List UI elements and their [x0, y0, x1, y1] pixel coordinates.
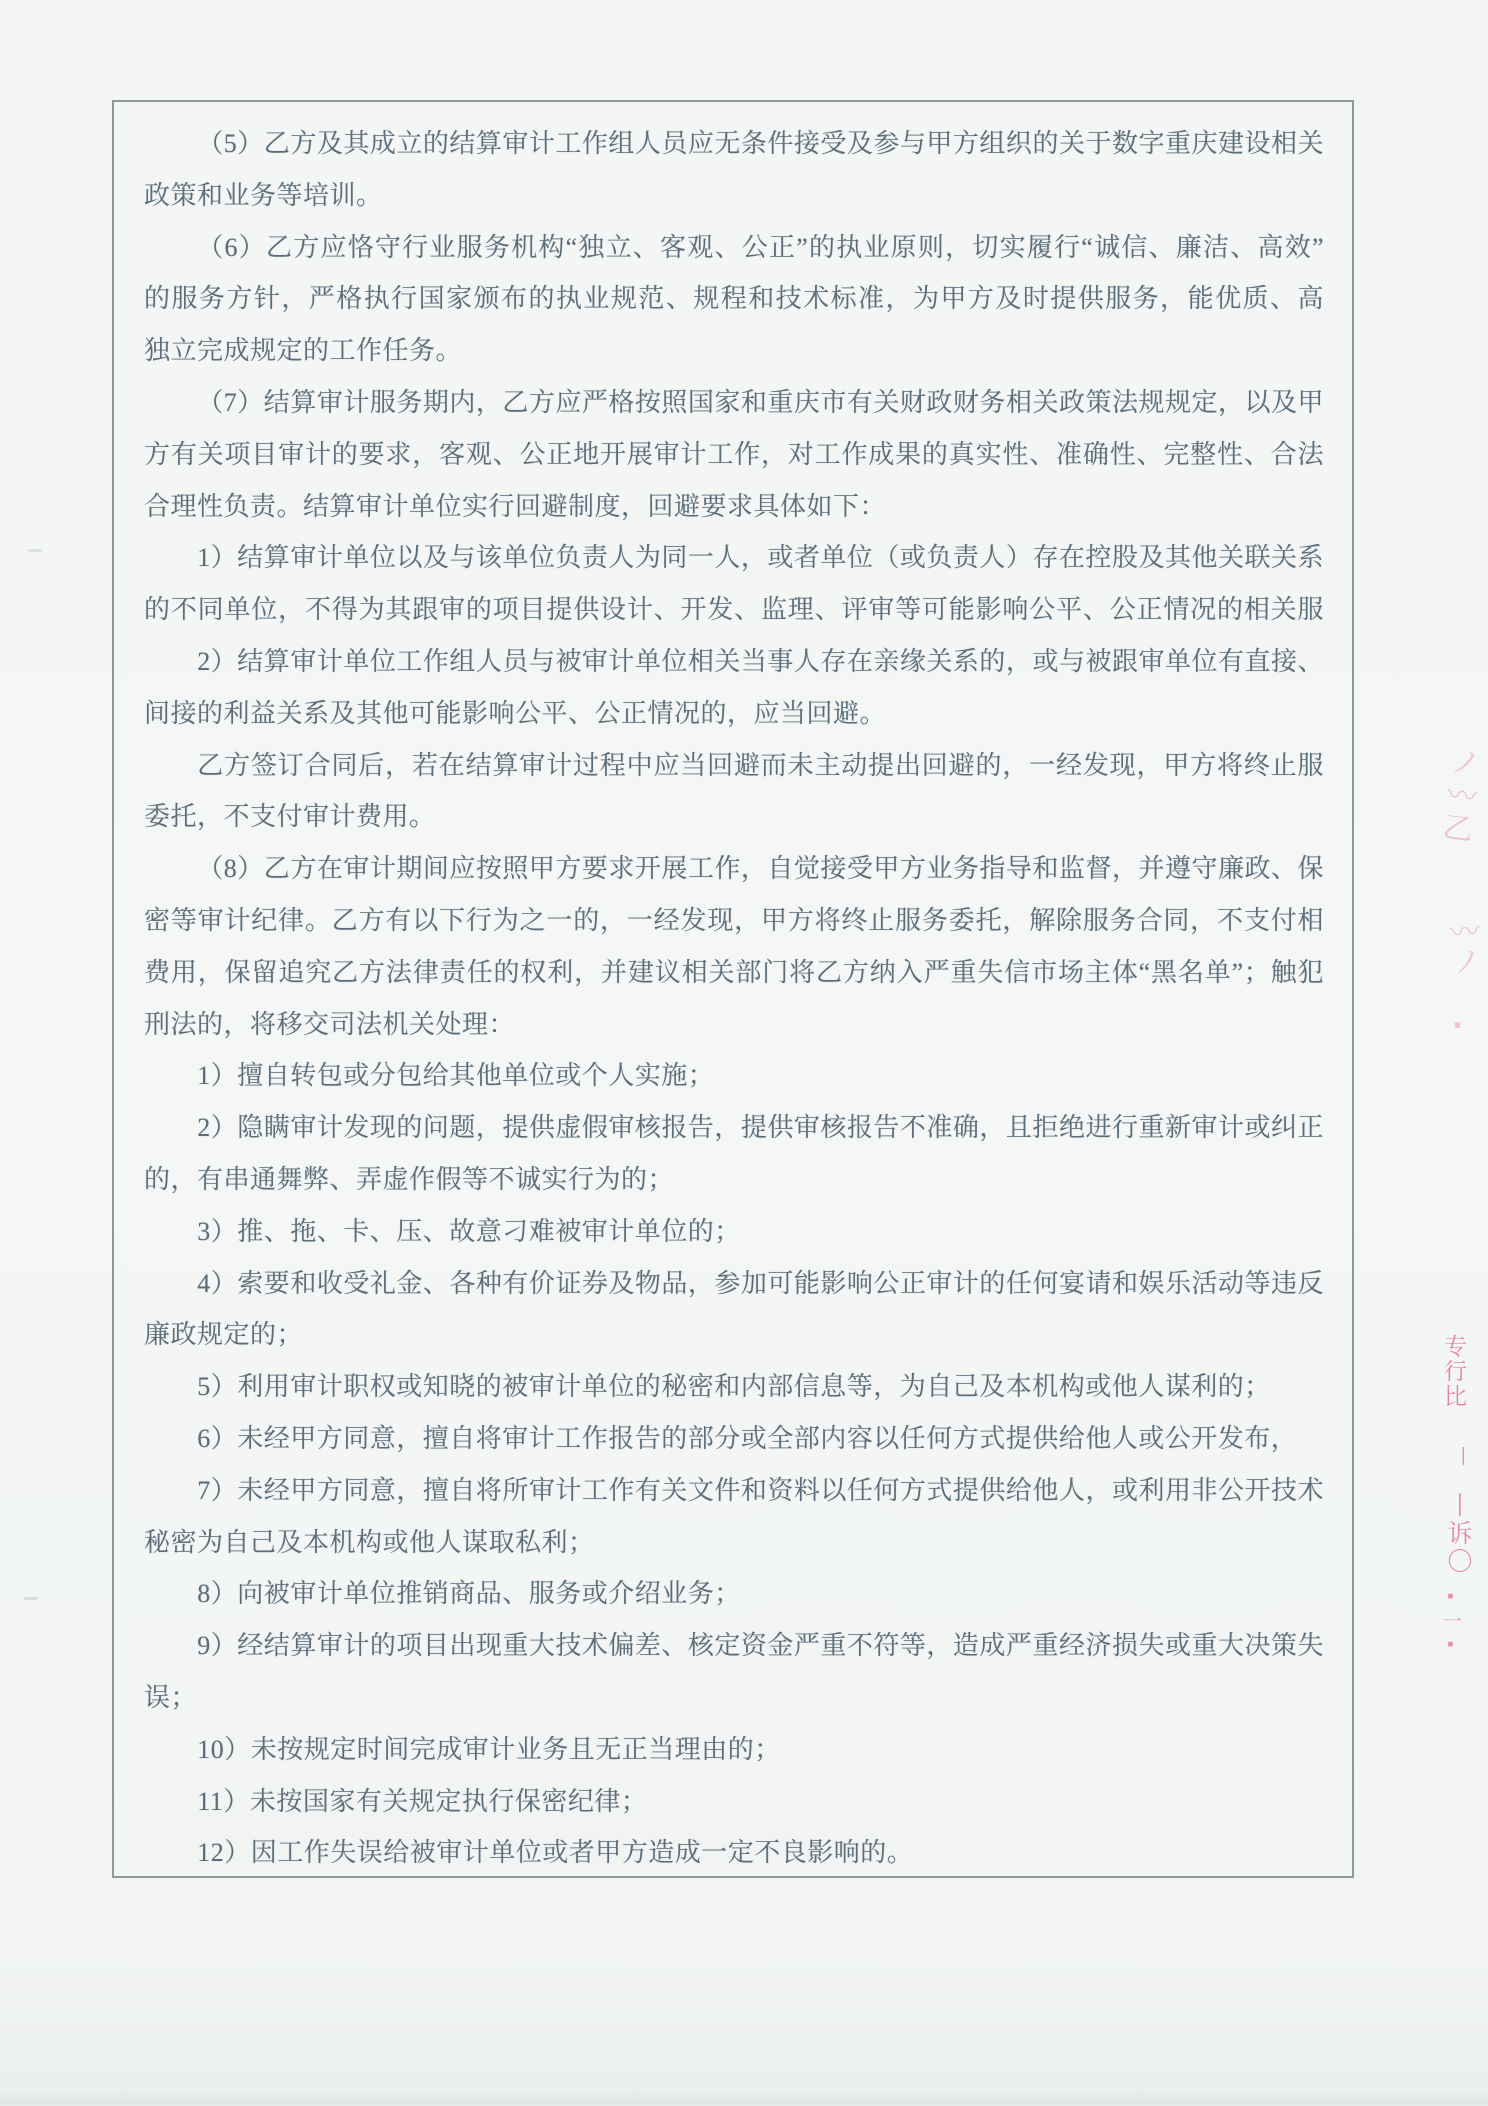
text-line: 的服务方针，严格执行国家颁布的执业规范、规程和技术标准，为甲方及时提供服务，能优… [144, 273, 1324, 325]
text-line: 5）利用审计职权或知晓的被审计单位的秘密和内部信息等，为自己及本机构或他人谋利的… [144, 1361, 1324, 1413]
text-line: 乙方签订合同后，若在结算审计过程中应当回避而未主动提出回避的，一经发现，甲方将终… [144, 740, 1324, 792]
document-lines: （5）乙方及其成立的结算审计工作组人员应无条件接受及参与甲方组织的关于数字重庆建… [144, 118, 1324, 1879]
text-line: 方有关项目审计的要求，客观、公正地开展审计工作，对工作成果的真实性、准确性、完整… [144, 429, 1324, 481]
scan-bottom-edge [0, 2090, 1488, 2106]
text-line: 2）隐瞒审计发现的问题，提供虚假审核报告，提供审核报告不准确，且拒绝进行重新审计… [144, 1102, 1324, 1154]
text-line: （8）乙方在审计期间应按照甲方要求开展工作，自觉接受甲方业务指导和监督，并遵守廉… [144, 843, 1324, 895]
ink-fragment: ノ〰乙 [1430, 744, 1486, 848]
text-line: 政策和业务等培训。 [144, 170, 1324, 222]
ink-fragment: ▪一▪ [1437, 1586, 1464, 1659]
text-line: 的，有串通舞弊、弄虚作假等不诚实行为的； [144, 1154, 1324, 1206]
ink-fragment: ▪ [1444, 1012, 1470, 1037]
text-line: 7）未经甲方同意，擅自将所审计工作有关文件和资料以任何方式提供给他人，或利用非公… [144, 1465, 1324, 1517]
text-line: 1）擅自转包或分包给其他单位或个人实施； [144, 1050, 1324, 1102]
text-line: 的不同单位，不得为其跟审的项目提供设计、开发、监理、评审等可能影响公平、公正情况… [144, 584, 1324, 636]
text-line: 间接的利益关系及其他可能影响公平、公正情况的，应当回避。 [144, 688, 1324, 740]
text-line: （5）乙方及其成立的结算审计工作组人员应无条件接受及参与甲方组织的关于数字重庆建… [144, 118, 1324, 170]
ink-fragment: 〰ノ [1438, 915, 1486, 978]
text-line: （6）乙方应恪守行业服务机构“独立、客观、公正”的执业原则，切实履行“诚信、廉洁… [144, 222, 1324, 274]
scan-artifact-dash [24, 1597, 38, 1600]
text-line: 委托，不支付审计费用。 [144, 791, 1324, 843]
text-line: 12）因工作失误给被审计单位或者甲方造成一定不良影响的。 [144, 1827, 1324, 1879]
text-line: 3）推、拖、卡、压、故意刁难被审计单位的； [144, 1206, 1324, 1258]
text-line: 9）经结算审计的项目出现重大技术偏差、核定资金严重不符等，造成严重经济损失或重大… [144, 1620, 1324, 1672]
text-line: 6）未经甲方同意，擅自将审计工作报告的部分或全部内容以任何方式提供给他人或公开发… [144, 1413, 1324, 1465]
ink-fragment: 丨诉〇 [1439, 1492, 1475, 1576]
scan-artifact-dash [28, 549, 42, 552]
text-line: 误； [144, 1672, 1324, 1724]
text-line: 密等审计纪律。乙方有以下行为之一的，一经发现，甲方将终止服务委托，解除服务合同，… [144, 895, 1324, 947]
text-line: 独立完成规定的工作任务。 [144, 325, 1324, 377]
text-line: 合理性负责。结算审计单位实行回避制度，回避要求具体如下： [144, 481, 1324, 533]
text-line: 10）未按规定时间完成审计业务且无正当理由的； [144, 1724, 1324, 1776]
text-line: 刑法的，将移交司法机关处理： [144, 999, 1324, 1051]
text-line: 秘密为自己及本机构或他人谋取私利； [144, 1517, 1324, 1569]
contract-text-box: （5）乙方及其成立的结算审计工作组人员应无条件接受及参与甲方组织的关于数字重庆建… [112, 100, 1354, 1878]
text-line: 廉政规定的； [144, 1309, 1324, 1361]
text-line: 2）结算审计单位工作组人员与被审计单位相关当事人存在亲缘关系的，或与被跟审单位有… [144, 636, 1324, 688]
text-line: 8）向被审计单位推销商品、服务或介绍业务； [144, 1568, 1324, 1620]
text-line: （7）结算审计服务期内，乙方应严格按照国家和重庆市有关财政财务相关政策法规规定，… [144, 377, 1324, 429]
text-line: 费用，保留追究乙方法律责任的权利，并建议相关部门将乙方纳入严重失信市场主体“黑名… [144, 947, 1324, 999]
text-line: 11）未按国家有关规定执行保密纪律； [144, 1776, 1324, 1828]
ink-fragment: 专行比 [1437, 1334, 1470, 1409]
text-line: 1）结算审计单位以及与该单位负责人为同一人，或者单位（或负责人）存在控股及其他关… [144, 532, 1324, 584]
ink-fragment: 丨 [1447, 1446, 1476, 1466]
text-line: 4）索要和收受礼金、各种有价证券及物品，参加可能影响公正审计的任何宴请和娱乐活动… [144, 1258, 1324, 1310]
